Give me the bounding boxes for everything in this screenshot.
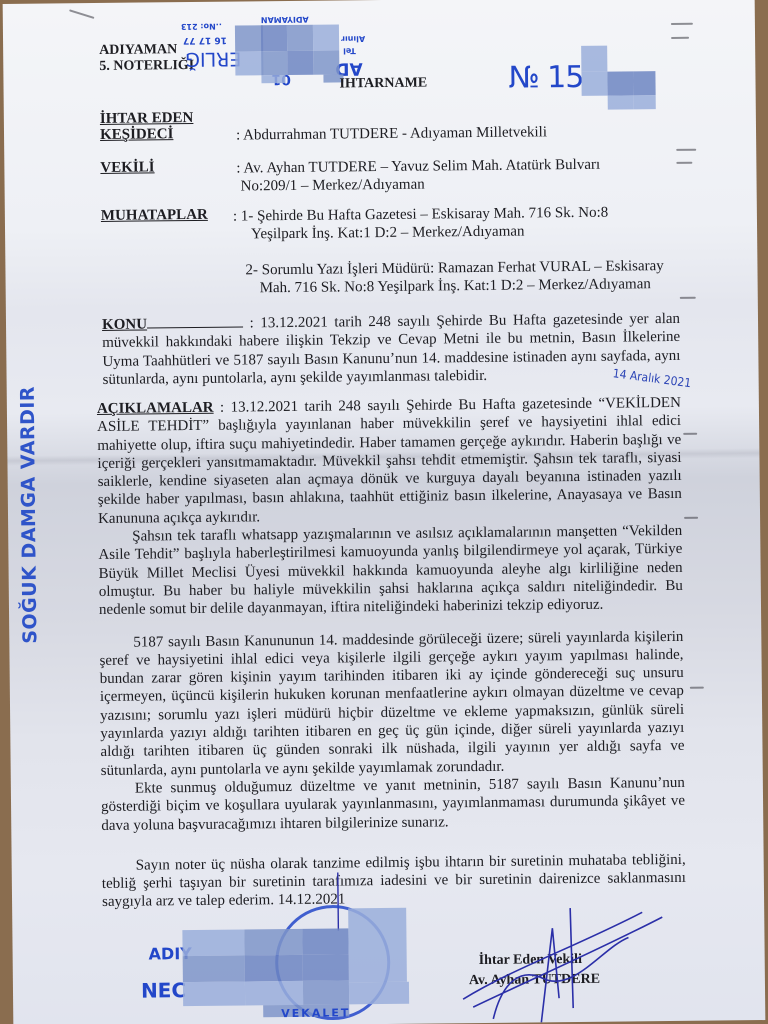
agent-address-line-2: No:209/1 – Merkez/Adıyaman: [240, 176, 424, 196]
recipient-1-line-2: Yeşilpark İnş. Kat:1 D:2 – Merkez/Adıyam…: [251, 223, 525, 244]
seal-text-name: NEC: [141, 978, 186, 1002]
notary-office: 5. NOTERLIĞI: [99, 58, 194, 75]
redacted-region-number: [3, 0, 755, 4]
agent-label: VEKİLİ: [100, 159, 154, 177]
sender-value: : Abdurrahman TUTDERE - Adıyaman Milletv…: [236, 123, 547, 145]
margin-mark: [671, 37, 689, 39]
document-title: IHTARNAME: [339, 76, 427, 93]
redacted-region-seal: [3, 0, 755, 4]
margin-mark: [683, 433, 697, 435]
recipients-label: MUHATAPLAR: [101, 207, 208, 225]
explanations-paragraph-3: 5187 sayılı Basın Kanununun 14. maddesin…: [99, 627, 685, 779]
notice-document-page: ADIYAMAN 5. NOTERLIĞI ..No: 213 16 17 77…: [3, 0, 766, 1024]
margin-mark: [684, 517, 698, 519]
cold-stamp: SOĞUK DAMGA VARDIR: [17, 386, 42, 644]
explanations-section: AÇIKLAMALAR : 13.12.2021 tarih 248 sayıl…: [97, 394, 686, 912]
stamp-text-receive: Alınır: [341, 34, 365, 43]
explanations-paragraph-4: Ekte sunmuş olduğumuz düzeltme ve yanıt …: [101, 774, 686, 835]
redacted-region-header: [3, 0, 755, 4]
subject-text: : 13.12.2021 tarih 248 sayılı Şehirde Bu…: [102, 311, 680, 388]
notary-city: ADIYAMAN: [99, 42, 177, 59]
subject-section: KONU : 13.12.2021 tarih 248 sayılı Şehir…: [102, 310, 681, 389]
explanations-paragraph-2: Şahsın tek taraflı whatsapp yazışmaların…: [98, 522, 683, 620]
margin-mark: [690, 687, 704, 689]
handwritten-signature: [452, 877, 683, 1023]
stamp-text-office: ERLIĞ: [185, 47, 241, 70]
margin-mark: [671, 23, 693, 25]
stamp-text-phone: 16 17 77: [183, 35, 227, 45]
stamp-text-top: ADIYAMAN: [261, 15, 309, 25]
margin-mark: [680, 297, 696, 299]
recipient-2-line-2: Mah. 716 Sk. No:8 Yeşilpark İnş. Kat:1 D…: [260, 275, 651, 298]
subject-label: KONU: [102, 316, 147, 332]
seal-ring-text: VEKALET: [281, 1006, 350, 1020]
explanations-label: AÇIKLAMALAR: [97, 400, 214, 417]
stamp-text-number: ..No: 213: [181, 22, 222, 31]
margin-mark: [69, 9, 94, 19]
margin-mark: [676, 149, 696, 151]
margin-mark: [676, 162, 692, 164]
sender-label-2: KEŞİDECİ: [100, 126, 230, 144]
stamp-text-tel: Tel: [343, 46, 356, 55]
document-number: № 15: [508, 60, 583, 96]
